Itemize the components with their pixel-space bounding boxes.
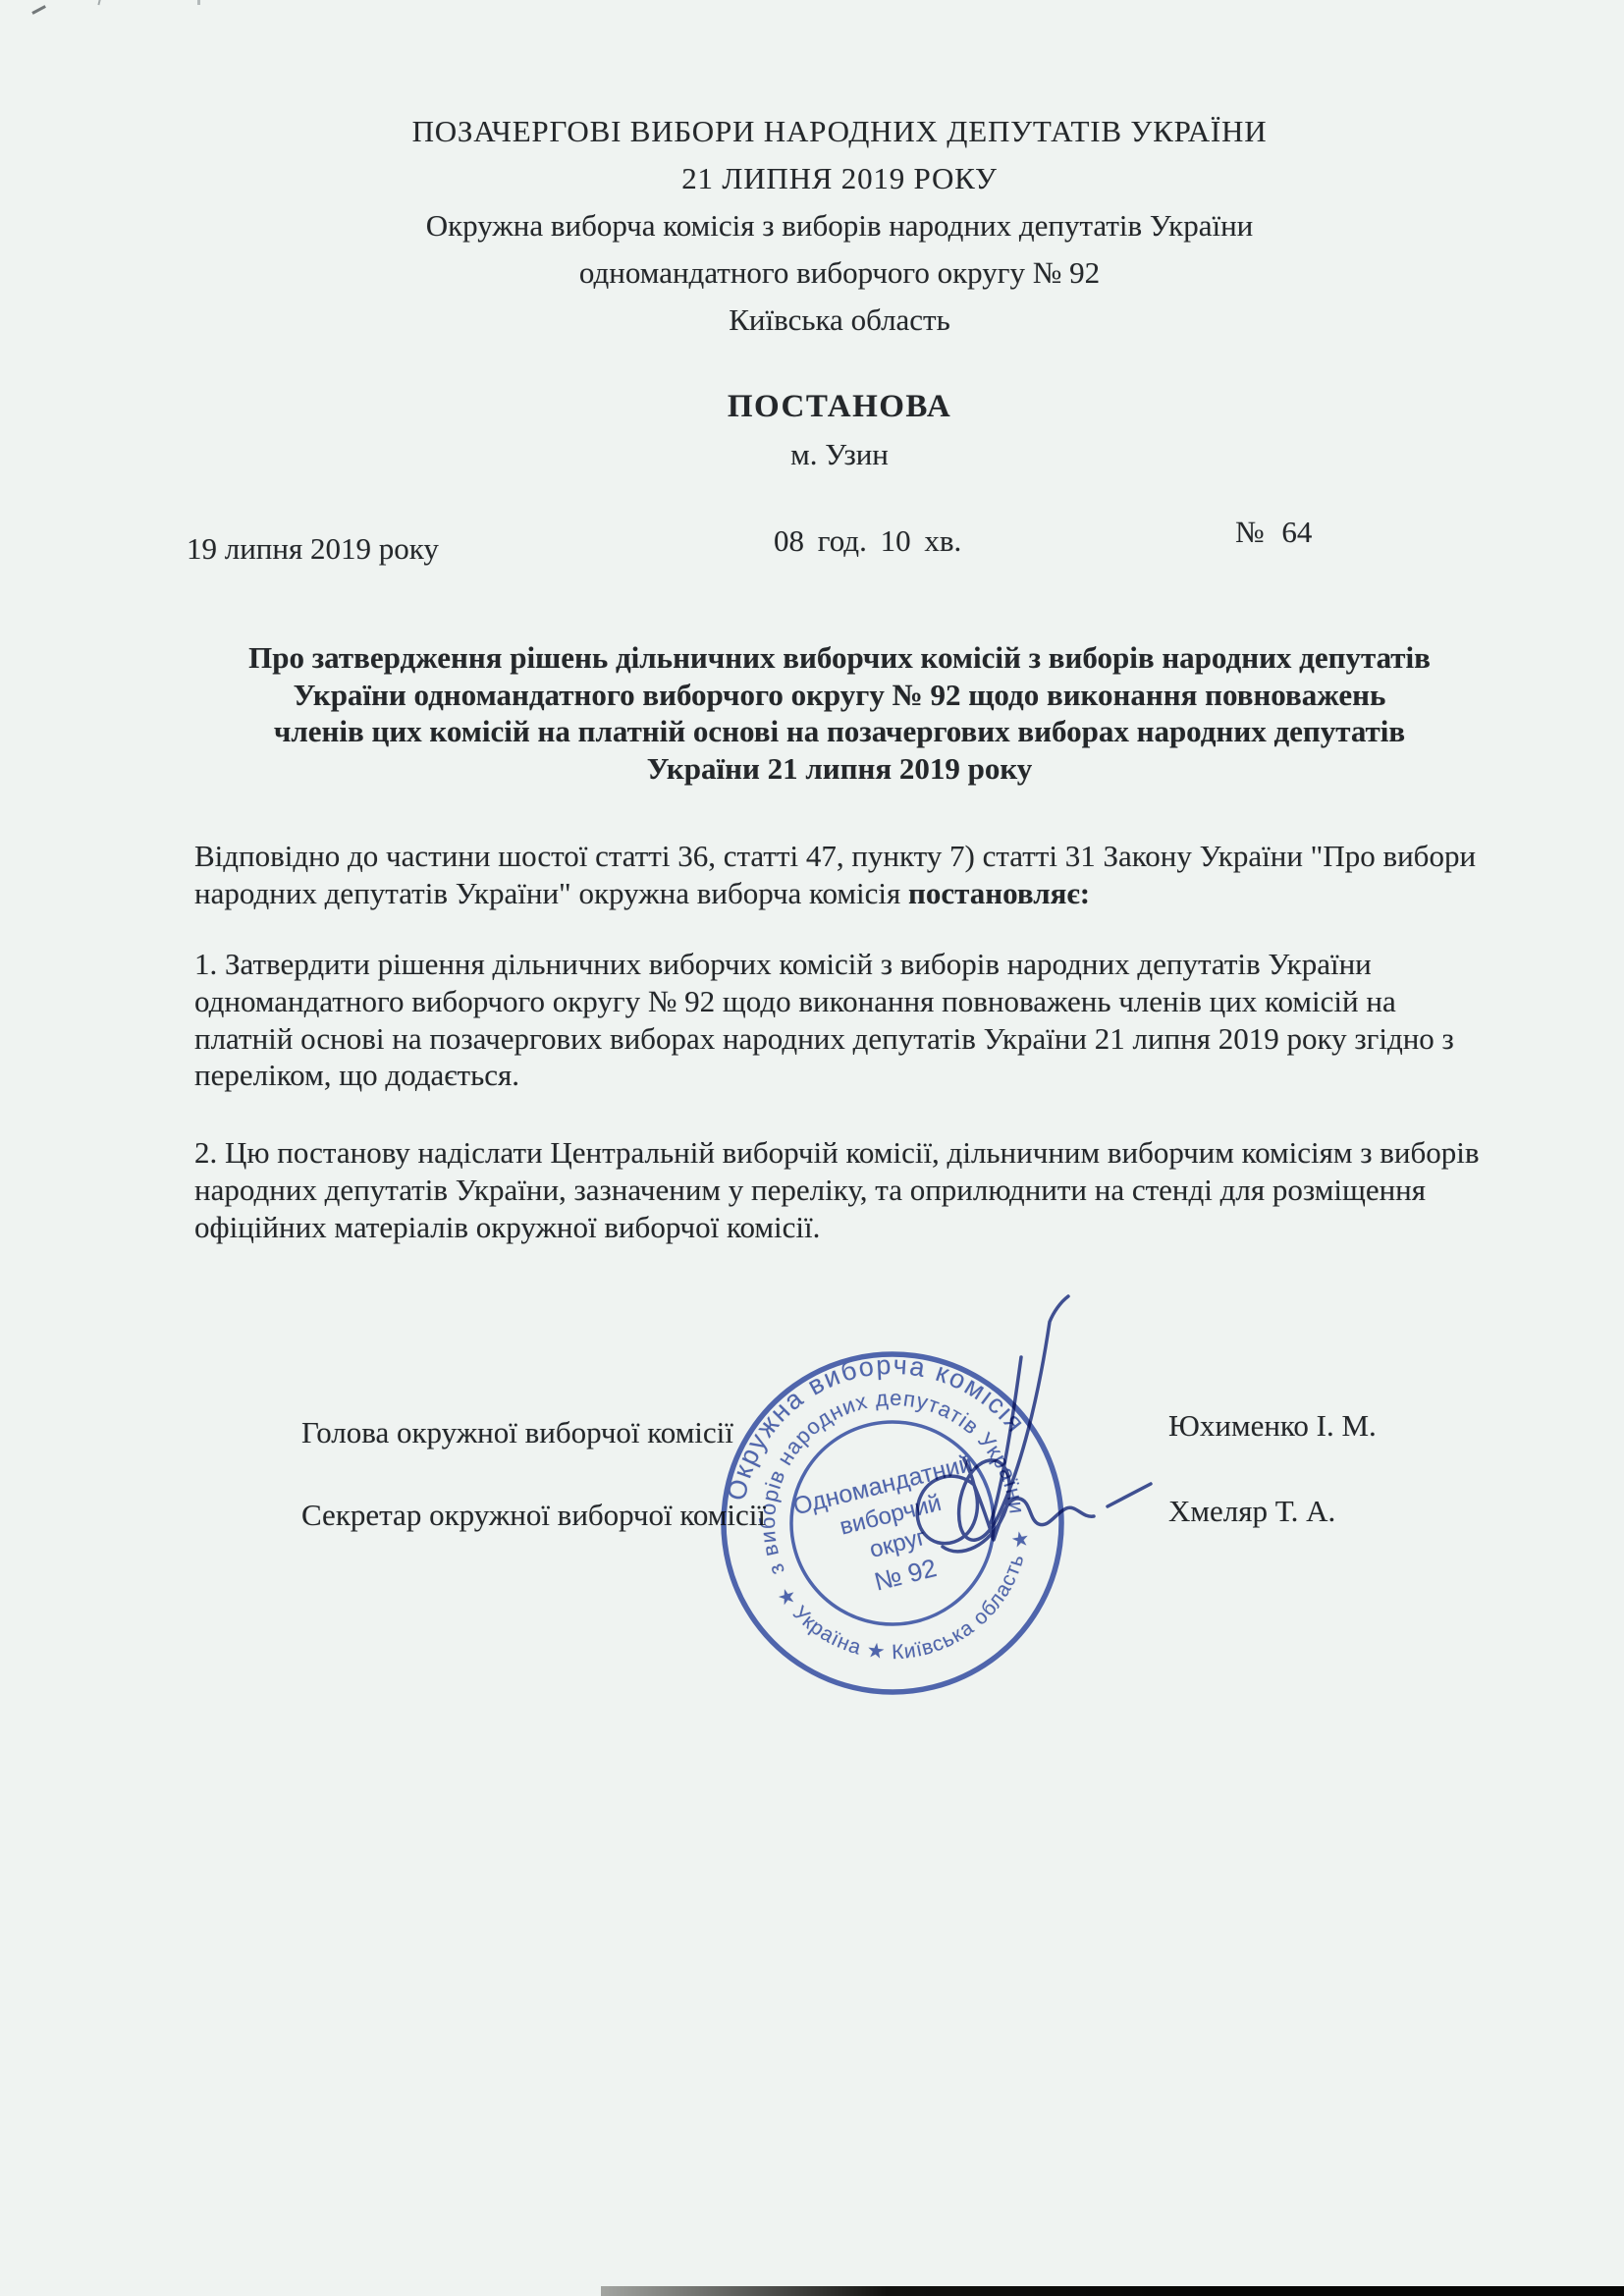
subject-line: України 21 липня 2019 року: [118, 750, 1561, 788]
head-signature-name: Юхименко І. М.: [1168, 1408, 1377, 1444]
stamp-group: Окружна виборча комісія з виборів народн…: [686, 1314, 1097, 1727]
commission-name-line: Окружна виборча комісія з виборів народн…: [55, 208, 1624, 244]
document-number: № 64: [1235, 515, 1312, 550]
document-place: м. Узин: [55, 437, 1624, 472]
preamble-text: Відповідно до частини шостої статті 36, …: [194, 839, 1476, 910]
scan-artifact-mark: [197, 0, 200, 5]
district-number-line: одномандатного виборчого округу № 92: [55, 255, 1624, 291]
document-date: 19 липня 2019 року: [187, 531, 439, 567]
resolution-item-1: 1. Затвердити рішення дільничних виборчи…: [194, 946, 1496, 1094]
document-time: 08 год. 10 хв.: [774, 523, 961, 559]
region-line: Київська область: [55, 302, 1624, 338]
official-round-stamp: Окружна виборча комісія з виборів народн…: [682, 1313, 1103, 1733]
preamble-paragraph: Відповідно до частини шостої статті 36, …: [194, 838, 1496, 912]
scan-artifact-mark: [27, 0, 46, 15]
election-date-line: 21 ЛИПНЯ 2019 РОКУ: [55, 161, 1624, 196]
scanned-document-page: ПОЗАЧЕРГОВІ ВИБОРИ НАРОДНИХ ДЕПУТАТІВ УК…: [0, 0, 1624, 2296]
subject-line: членів цих комісій на платній основі на …: [118, 713, 1561, 750]
secretary-signature-name: Хмеляр Т. А.: [1168, 1494, 1335, 1529]
subject-line: України одномандатного виборчого округу …: [118, 677, 1561, 714]
scan-edge-bar: [601, 2286, 1624, 2296]
preamble-resolves-word: постановляє:: [908, 876, 1090, 910]
scan-artifact-mark: [97, 0, 107, 7]
subject-line: Про затвердження рішень дільничних вибор…: [118, 639, 1561, 677]
resolution-item-2: 2. Цю постанову надіслати Центральній ви…: [194, 1134, 1496, 1245]
secretary-signature-dash: [1108, 1484, 1151, 1506]
election-title-line: ПОЗАЧЕРГОВІ ВИБОРИ НАРОДНИХ ДЕПУТАТІВ УК…: [55, 114, 1624, 149]
head-signature-role: Голова окружної виборчої комісії: [301, 1415, 733, 1450]
resolution-subject: Про затвердження рішень дільничних вибор…: [118, 639, 1561, 787]
document-type-title: ПОСТАНОВА: [55, 389, 1624, 425]
